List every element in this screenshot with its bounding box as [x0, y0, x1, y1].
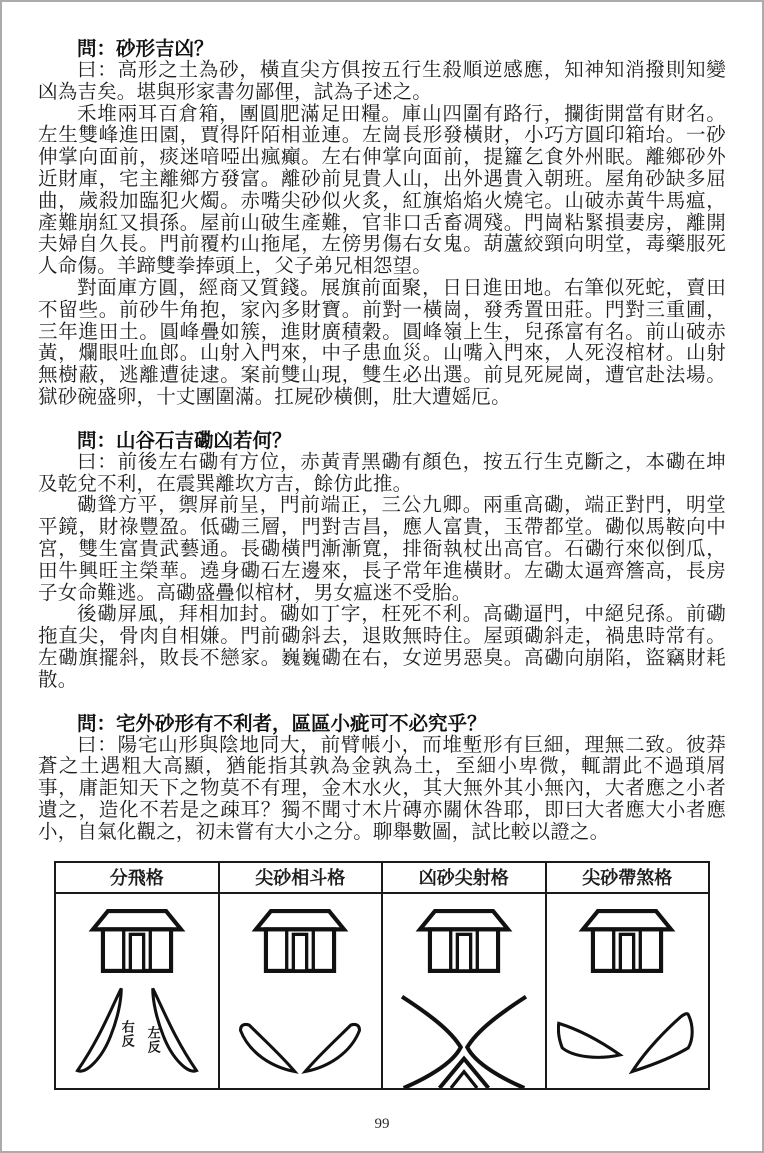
qa-section-minor-flaws: 問：宅外砂形有不利者，區區小疵可不必究乎？ 曰：陽宅山形與陰地同大，前臂帳小，而… — [38, 713, 726, 844]
sand-flying-apart-icon — [67, 982, 207, 1084]
sand-tips-facing-icon — [230, 982, 370, 1084]
diagram-table-body-row: 右反 左反 — [55, 893, 709, 1089]
diagram-cell-jian-sha-xiang-dou — [219, 893, 383, 1089]
column-header: 凶砂尖射格 — [382, 862, 546, 893]
question-heading: 問：砂形吉凶？ — [38, 38, 726, 60]
column-header: 尖砂帶煞格 — [546, 862, 710, 893]
answer-paragraph: 磡聳方平，禦屏前呈，門前端正，三公九卿。兩重高磡，端正對門，明堂平鏡，財祿豐盈。… — [38, 495, 726, 604]
document-page: 問：砂形吉凶？ 曰：高形之土為砂，橫直尖方俱按五行生殺順逆感應，知神知消撥則知變… — [0, 0, 764, 1153]
page-number: 99 — [2, 1116, 762, 1133]
diagram-cell-jian-sha-dai-sha — [546, 893, 710, 1089]
sand-flat-blades-icon — [557, 982, 697, 1084]
diagram-table: 分飛格 尖砂相斗格 凶砂尖射格 尖砂帶煞格 — [54, 861, 710, 1090]
question-heading: 問：山谷石吉磡凶若何？ — [38, 430, 726, 452]
hand-label-right-reversed: 右反 — [117, 1020, 136, 1048]
answer-paragraph: 曰：高形之土為砂，橫直尖方俱按五行生殺順逆感應，知神知消撥則知變凶為吉矣。堪與形… — [38, 60, 726, 104]
diagram-cell-xiong-sha-jian-she — [382, 893, 546, 1089]
question-heading: 問：宅外砂形有不利者，區區小疵可不必究乎？ — [38, 713, 726, 735]
house-icon — [246, 904, 354, 978]
answer-paragraph: 禾堆兩耳百倉箱，團圓肥滿足田糧。庫山四圍有路行，攔街開當有財名。左生雙峰進田園，… — [38, 104, 726, 278]
hand-label-left-reversed: 左反 — [143, 1026, 162, 1054]
text-content: 問：砂形吉凶？ 曰：高形之土為砂，橫直尖方俱按五行生殺順逆感應，知神知消撥則知變… — [2, 2, 762, 1090]
column-header: 尖砂相斗格 — [219, 862, 383, 893]
house-icon — [83, 904, 191, 978]
qa-section-sand-shapes: 問：砂形吉凶？ 曰：高形之土為砂，橫直尖方俱按五行生殺順逆感應，知神知消撥則知變… — [38, 38, 726, 409]
column-header: 分飛格 — [55, 862, 219, 893]
answer-paragraph: 後磡屏風，拜相加封。磡如丁字，枉死不利。高磡逼門，中絕兒孫。前磡拖直尖，骨肉自相… — [38, 604, 726, 691]
house-icon — [573, 904, 681, 978]
diagram-table-header-row: 分飛格 尖砂相斗格 凶砂尖射格 尖砂帶煞格 — [55, 862, 709, 893]
answer-paragraph: 曰：陽宅山形與陰地同大，前臂帳小，而堆塹形有巨細，理無二致。彼莽蒼之土遇粗大高顯… — [38, 735, 726, 844]
diagram-cell-fen-fei: 右反 左反 — [55, 893, 219, 1089]
sand-cross-shooting-icon — [394, 982, 534, 1088]
answer-paragraph: 曰：前後左右磡有方位，赤黃青黑磡有顏色，按五行生克斷之，本磡在坤及乾兌不利，在震… — [38, 452, 726, 496]
qa-section-valley-stones: 問：山谷石吉磡凶若何？ 曰：前後左右磡有方位，赤黃青黑磡有顏色，按五行生克斷之，… — [38, 430, 726, 692]
answer-paragraph: 對面庫方圓，經商又質錢。展旗前面聚，日日進田地。右筆似死蛇，賣田不留些。前砂牛角… — [38, 278, 726, 409]
house-icon — [410, 904, 518, 978]
